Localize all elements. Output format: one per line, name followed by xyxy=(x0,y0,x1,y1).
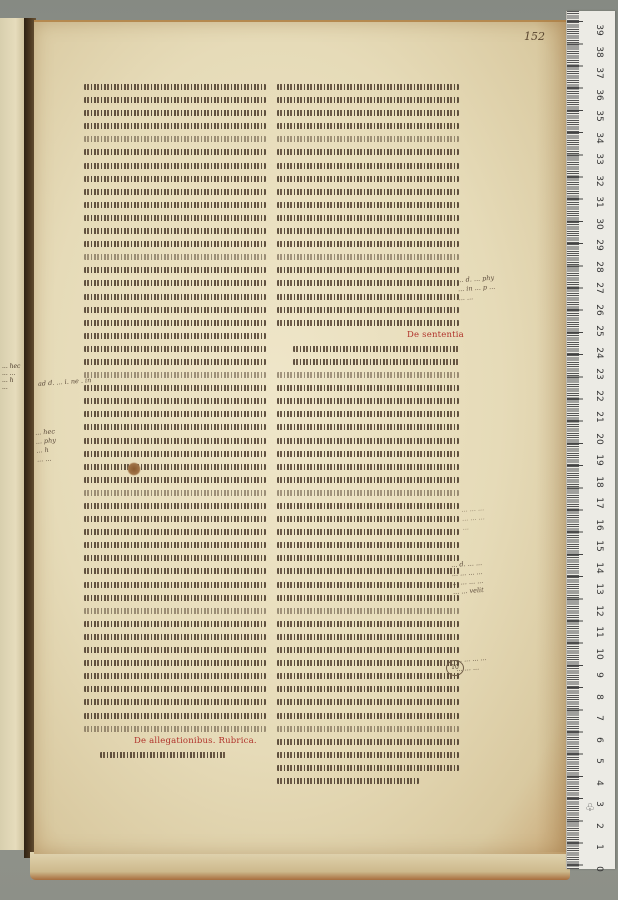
margin-note-right-2: ... ... ... ... ... ... ... xyxy=(461,504,486,533)
manuscript-text-line xyxy=(277,93,459,106)
margin-note-left-2: ... hec ... phy ... h ... ... xyxy=(35,427,58,464)
manuscript-text-line xyxy=(84,276,266,289)
rubric-line: De allegationibus. Rubrica. xyxy=(84,735,266,748)
manuscript-text-line xyxy=(84,145,266,158)
manuscript-text-line xyxy=(84,290,266,303)
manuscript-text-line xyxy=(84,564,266,577)
manuscript-text-line xyxy=(277,499,459,512)
ruler-label: 6 xyxy=(594,728,604,752)
manuscript-text-line xyxy=(277,512,459,525)
previous-leaf-edge: ... hec ... ... ... h ... xyxy=(0,18,27,850)
manuscript-text-line xyxy=(84,538,266,551)
manuscript-text-line xyxy=(277,368,459,381)
ruler-label: 35 xyxy=(594,104,604,128)
manuscript-text-line xyxy=(84,407,266,420)
ruler-label: 21 xyxy=(594,405,604,429)
manuscript-text-line xyxy=(277,617,459,630)
manuscript-text-line xyxy=(277,447,459,460)
ruler-label: 28 xyxy=(594,255,604,279)
manuscript-text-line xyxy=(84,237,266,250)
previous-leaf-margin-note: ... hec ... ... ... h ... xyxy=(2,363,20,391)
ruler-label: 9 xyxy=(594,663,604,687)
margin-note-right-1: ... d. ... phy ... in ... p ... ... ... xyxy=(457,274,496,304)
ruler-label: 5 xyxy=(594,749,604,773)
manuscript-text-line xyxy=(84,473,266,486)
manuscript-text-line xyxy=(84,604,266,617)
page-block-edge xyxy=(30,852,570,880)
ruler-label: 19 xyxy=(594,448,604,472)
manuscript-text-line xyxy=(84,578,266,591)
manuscript-text-line xyxy=(84,303,266,316)
manuscript-text-line xyxy=(84,709,266,722)
ruler-label: 20 xyxy=(594,427,604,451)
manuscript-text-line xyxy=(277,709,459,722)
ruler-cm-ticks xyxy=(567,11,583,869)
manuscript-text-line xyxy=(277,722,459,735)
manuscript-text-line xyxy=(84,748,266,761)
rubric-line: De sententia xyxy=(277,329,459,342)
ruler-label: 12 xyxy=(594,599,604,623)
manuscript-text-line xyxy=(84,329,266,342)
manuscript-text-line xyxy=(277,394,459,407)
manuscript-text-line xyxy=(84,224,266,237)
manuscript-text-line xyxy=(277,525,459,538)
manuscript-text-line xyxy=(277,211,459,224)
manuscript-text-line xyxy=(277,420,459,433)
manuscript-text-line xyxy=(84,512,266,525)
margin-note-right-3: ... d. ... ... ... ... ... ... ... ... .… xyxy=(451,559,484,597)
manuscript-text-line xyxy=(277,643,459,656)
manuscript-text-line xyxy=(84,420,266,433)
manuscript-text-line xyxy=(84,381,266,394)
manuscript-text-line xyxy=(277,761,459,774)
manuscript-text-line xyxy=(277,630,459,643)
ink-stain xyxy=(127,462,141,476)
manuscript-text-line xyxy=(277,578,459,591)
ruler-label: 3 xyxy=(594,792,604,816)
manuscript-text-line xyxy=(277,145,459,158)
ruler-label: 8 xyxy=(594,685,604,709)
manuscript-text-line xyxy=(84,669,266,682)
manuscript-text-line xyxy=(277,263,459,276)
ruler-label: 32 xyxy=(594,169,604,193)
ruler-label: 17 xyxy=(594,491,604,515)
manuscript-text-line xyxy=(84,172,266,185)
manuscript-text-line xyxy=(277,473,459,486)
manuscript-text-line xyxy=(84,159,266,172)
manuscript-text-line xyxy=(84,499,266,512)
manuscript-text-line xyxy=(84,551,266,564)
manuscript-text-line xyxy=(84,80,266,93)
manuscript-text-line xyxy=(277,669,459,682)
manuscript-text-line xyxy=(277,355,459,368)
ruler-label: 4 xyxy=(594,771,604,795)
manuscript-text-line xyxy=(277,564,459,577)
folio-number: 152 xyxy=(524,30,545,43)
manuscript-text-line xyxy=(84,447,266,460)
ruler-label: 30 xyxy=(594,212,604,236)
manuscript-text-line xyxy=(84,722,266,735)
text-column-right: De sententia xyxy=(277,80,459,787)
manuscript-text-line xyxy=(277,591,459,604)
manuscript-text-line xyxy=(84,682,266,695)
ruler-label: 10 xyxy=(594,642,604,666)
ruler-label: 11 xyxy=(594,620,604,644)
manuscript-text-line xyxy=(277,250,459,263)
manuscript-text-line xyxy=(277,185,459,198)
ruler-label: 13 xyxy=(594,577,604,601)
manuscript-text-line xyxy=(277,224,459,237)
manuscript-text-line xyxy=(277,604,459,617)
manuscript-text-line xyxy=(277,682,459,695)
manuscript-text-line xyxy=(84,93,266,106)
manuscript-text-line xyxy=(84,211,266,224)
manuscript-text-line xyxy=(84,460,266,473)
manuscript-text-line xyxy=(84,185,266,198)
ruler-label: 2 xyxy=(594,814,604,838)
ruler-label: 16 xyxy=(594,513,604,537)
manuscript-text-line xyxy=(84,434,266,447)
manuscript-text-line xyxy=(277,237,459,250)
ruler-label: 38 xyxy=(594,40,604,64)
manuscript-text-line xyxy=(277,276,459,289)
manuscript-text-line xyxy=(84,591,266,604)
ruler-label: 33 xyxy=(594,147,604,171)
ruler-label: 24 xyxy=(594,341,604,365)
ruler-label: 37 xyxy=(594,61,604,85)
rubric-heading: De sententia xyxy=(407,330,464,340)
manuscript-text-line xyxy=(84,368,266,381)
manuscript-text-line xyxy=(277,303,459,316)
manuscript-text-line xyxy=(277,735,459,748)
manuscript-text-line xyxy=(277,132,459,145)
manuscript-text-line xyxy=(84,132,266,145)
manuscript-text-line xyxy=(277,316,459,329)
manuscript-text-line xyxy=(84,525,266,538)
ruler-label: 22 xyxy=(594,384,604,408)
manuscript-text-line xyxy=(277,538,459,551)
circled-numeral: 10 xyxy=(446,660,464,676)
text-column-left: De allegationibus. Rubrica. xyxy=(84,80,266,761)
ruler-label: 14 xyxy=(594,556,604,580)
manuscript-text-line xyxy=(277,106,459,119)
leaf-edge-shadow xyxy=(536,20,566,852)
ruler-label: 7 xyxy=(594,706,604,730)
manuscript-text-line xyxy=(84,316,266,329)
ruler-label: 0 xyxy=(594,857,604,881)
ruler-label: 18 xyxy=(594,470,604,494)
ruler-label: 34 xyxy=(594,126,604,150)
ruler-label: 15 xyxy=(594,534,604,558)
manuscript-text-line xyxy=(84,630,266,643)
manuscript-text-line xyxy=(277,774,459,787)
manuscript-text-line xyxy=(277,381,459,394)
manuscript-text-line xyxy=(84,656,266,669)
ruler-label: 27 xyxy=(594,276,604,300)
manuscript-text-line xyxy=(277,695,459,708)
manuscript-text-line xyxy=(277,551,459,564)
manuscript-text-line xyxy=(84,263,266,276)
manuscript-text-line xyxy=(84,106,266,119)
manuscript-text-line xyxy=(84,342,266,355)
rubric-heading: De allegationibus. Rubrica. xyxy=(134,736,257,746)
manuscript-text-line xyxy=(277,460,459,473)
manuscript-text-line xyxy=(84,486,266,499)
manuscript-text-line xyxy=(277,80,459,93)
measuring-ruler: ♧ 39383736353433323130292827262524232221… xyxy=(566,11,615,869)
manuscript-text-line xyxy=(277,172,459,185)
manuscript-text-line xyxy=(277,159,459,172)
manuscript-text-line xyxy=(84,643,266,656)
ruler-label: 39 xyxy=(594,18,604,42)
ruler-label: 25 xyxy=(594,319,604,343)
manuscript-text-line xyxy=(277,342,459,355)
ruler-label: 1 xyxy=(594,835,604,859)
manuscript-text-line xyxy=(277,407,459,420)
manuscript-text-line xyxy=(277,119,459,132)
manuscript-text-line xyxy=(84,119,266,132)
manuscript-text-line xyxy=(84,695,266,708)
manuscript-text-line xyxy=(84,198,266,211)
manuscript-text-line xyxy=(84,394,266,407)
manuscript-text-line xyxy=(277,656,459,669)
manuscript-text-line xyxy=(277,434,459,447)
manuscript-text-line xyxy=(277,748,459,761)
manuscript-text-line xyxy=(84,250,266,263)
ruler-label: 26 xyxy=(594,298,604,322)
manuscript-text-line xyxy=(277,486,459,499)
manuscript-text-line xyxy=(277,290,459,303)
ruler-label: 36 xyxy=(594,83,604,107)
ruler-label: 23 xyxy=(594,362,604,386)
manuscript-text-line xyxy=(277,198,459,211)
ruler-label: 29 xyxy=(594,233,604,257)
ruler-label: 31 xyxy=(594,190,604,214)
manuscript-text-line xyxy=(84,355,266,368)
manuscript-text-line xyxy=(84,617,266,630)
